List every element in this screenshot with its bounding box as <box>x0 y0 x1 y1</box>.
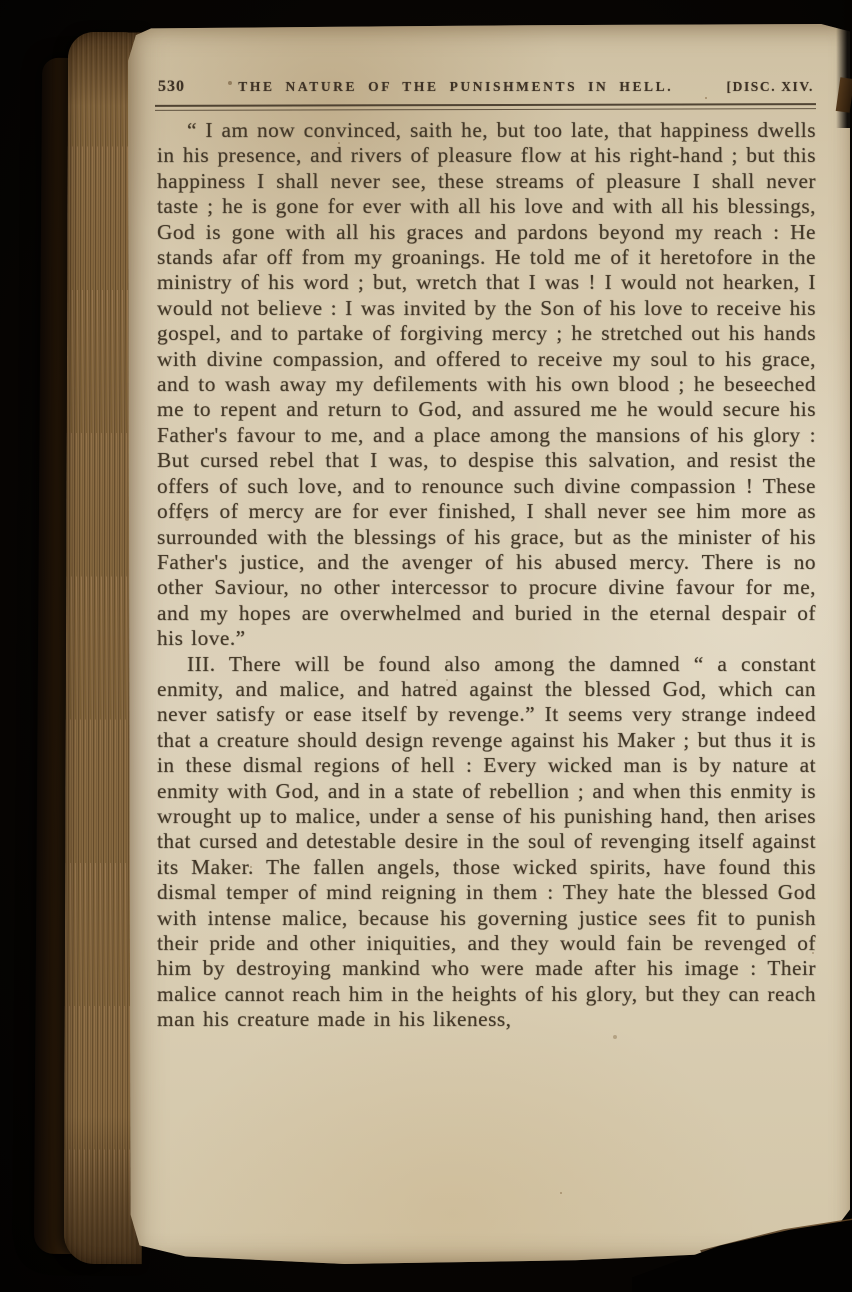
page-number: 530 <box>158 78 185 96</box>
body-paragraph-2: III. There will be found also among the … <box>157 652 816 1033</box>
discourse-label: [DISC. XIV. <box>727 79 815 95</box>
book-scan-photo: 530 THE NATURE OF THE PUNISHMENTS IN HEL… <box>0 0 852 1292</box>
header-double-rule <box>155 103 816 111</box>
body-text: “ I am now convinced, saith he, but too … <box>157 118 816 1033</box>
body-paragraph-1: “ I am now convinced, saith he, but too … <box>157 118 816 652</box>
book-page: 530 THE NATURE OF THE PUNISHMENTS IN HEL… <box>128 24 850 1264</box>
page-header: 530 THE NATURE OF THE PUNISHMENTS IN HEL… <box>158 78 814 96</box>
paper-speckles <box>128 24 130 26</box>
running-title: THE NATURE OF THE PUNISHMENTS IN HELL. <box>185 79 727 95</box>
